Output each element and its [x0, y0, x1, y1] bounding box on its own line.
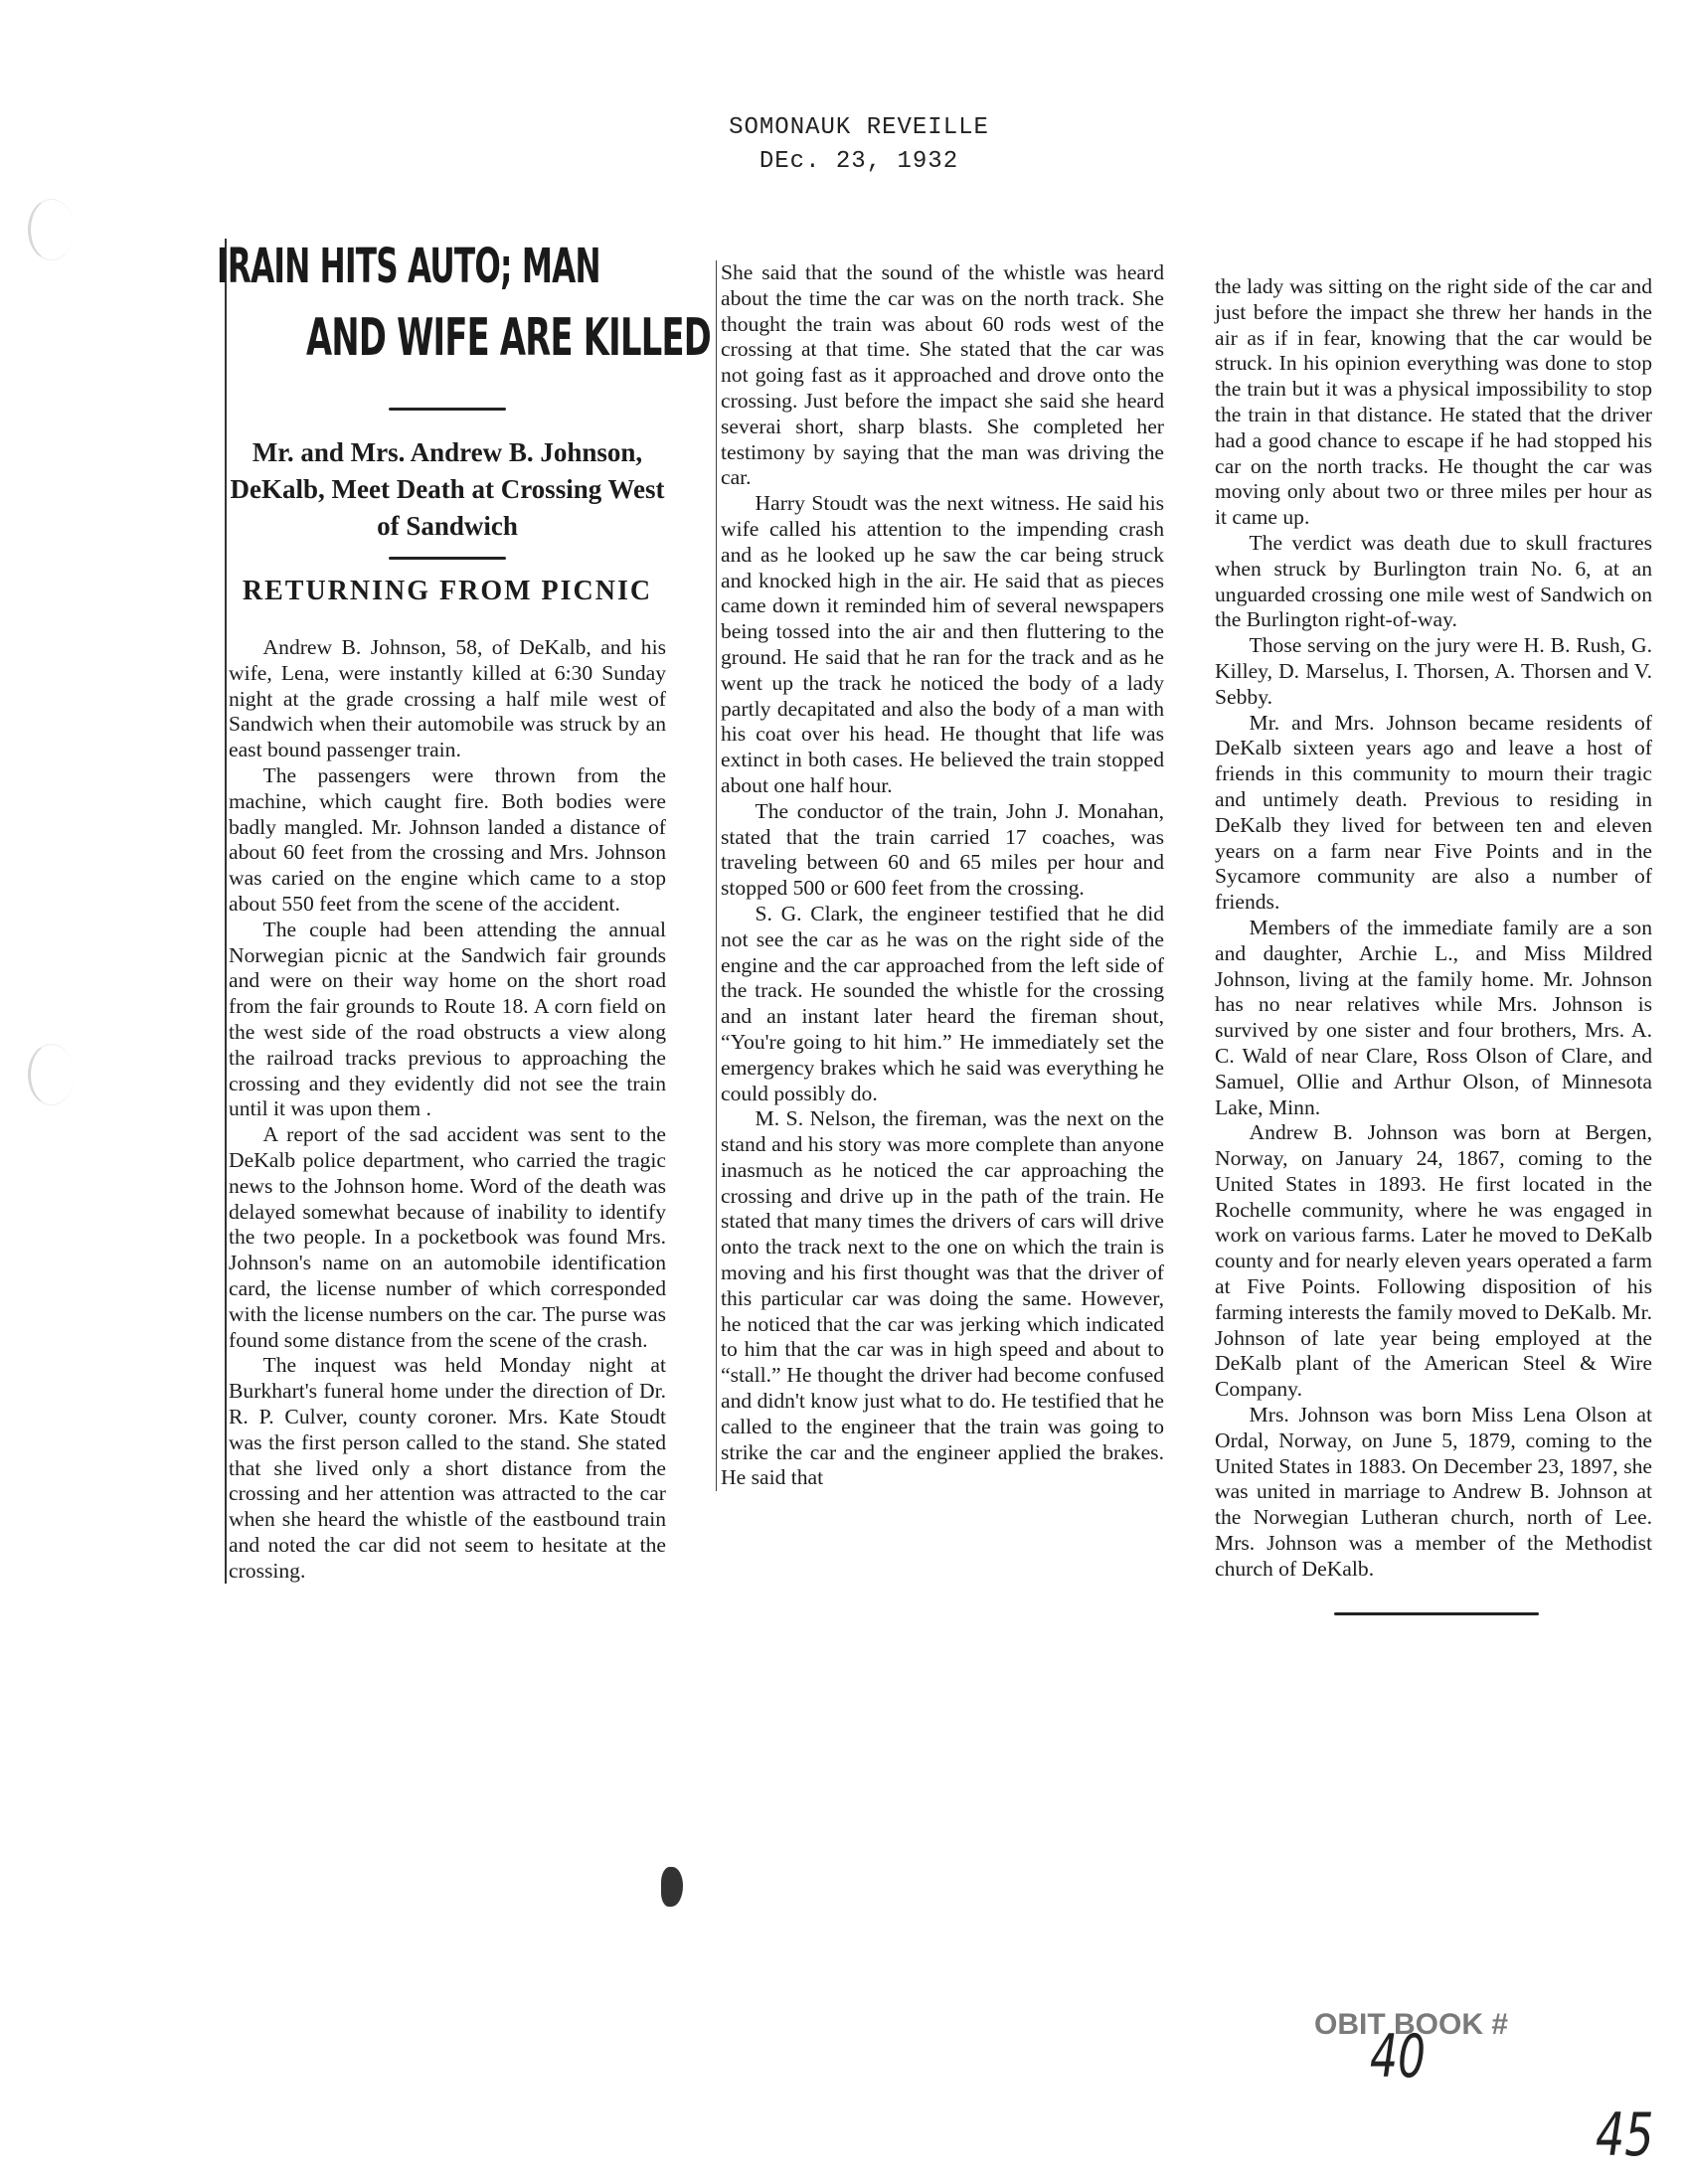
- column-left: IRAIN HITS AUTO; MAN AND WIFE ARE KILLED…: [225, 239, 666, 1584]
- punch-hole-middle: [28, 1044, 75, 1105]
- end-rule: [1334, 1612, 1539, 1615]
- paragraph: Those serving on the jury were H. B. Rus…: [1215, 633, 1652, 710]
- column-middle: She said that the sound of the whistle w…: [716, 260, 1164, 1491]
- divider-rule: [389, 408, 506, 411]
- punch-hole-top: [28, 199, 75, 260]
- paragraph: the lady was sitting on the right side o…: [1215, 274, 1652, 531]
- paragraph: Mrs. Johnson was born Miss Lena Olson at…: [1215, 1403, 1652, 1583]
- column-right: the lady was sitting on the right side o…: [1215, 274, 1652, 1615]
- paragraph: S. G. Clark, the engineer testified that…: [721, 902, 1164, 1106]
- paragraph: The verdict was death due to skull fract…: [1215, 531, 1652, 633]
- paragraph: M. S. Nelson, the fireman, was the next …: [721, 1106, 1164, 1491]
- ink-smudge: [661, 1867, 683, 1907]
- paragraph: A report of the sad accident was sent to…: [229, 1122, 666, 1353]
- typed-header: SOMONAUK REVEILLE DEc. 23, 1932: [0, 111, 1688, 179]
- publication-date: DEc. 23, 1932: [0, 145, 1688, 179]
- paragraph: Andrew B. Johnson, 58, of DeKalb, and hi…: [229, 635, 666, 763]
- paragraph: The passengers were thrown from the mach…: [229, 763, 666, 918]
- paragraph: She said that the sound of the whistle w…: [721, 260, 1164, 491]
- headline-line-1: IRAIN HITS AUTO; MAN: [217, 239, 540, 294]
- paragraph: The couple had been attending the annual…: [229, 918, 666, 1122]
- paragraph: Members of the immediate family are a so…: [1215, 916, 1652, 1120]
- paragraph: Harry Stoudt was the next witness. He sa…: [721, 491, 1164, 799]
- paragraph: Mr. and Mrs. Johnson became residents of…: [1215, 711, 1652, 916]
- paragraph: Andrew B. Johnson was born at Bergen, No…: [1215, 1120, 1652, 1403]
- paragraph: The inquest was held Monday night at Bur…: [229, 1353, 666, 1584]
- paragraph: The conductor of the train, John J. Mona…: [721, 799, 1164, 902]
- handwritten-page-number: 45: [1596, 2100, 1654, 2169]
- publication-name: SOMONAUK REVEILLE: [0, 111, 1688, 145]
- article-deck: Mr. and Mrs. Andrew B. Johnson, DeKalb, …: [229, 434, 666, 545]
- article-subhead: RETURNING FROM PICNIC: [229, 574, 666, 609]
- headline-line-2: AND WIFE ARE KILLED: [306, 308, 566, 368]
- divider-rule: [389, 557, 506, 560]
- handwritten-book-number: 40: [1370, 2023, 1426, 2092]
